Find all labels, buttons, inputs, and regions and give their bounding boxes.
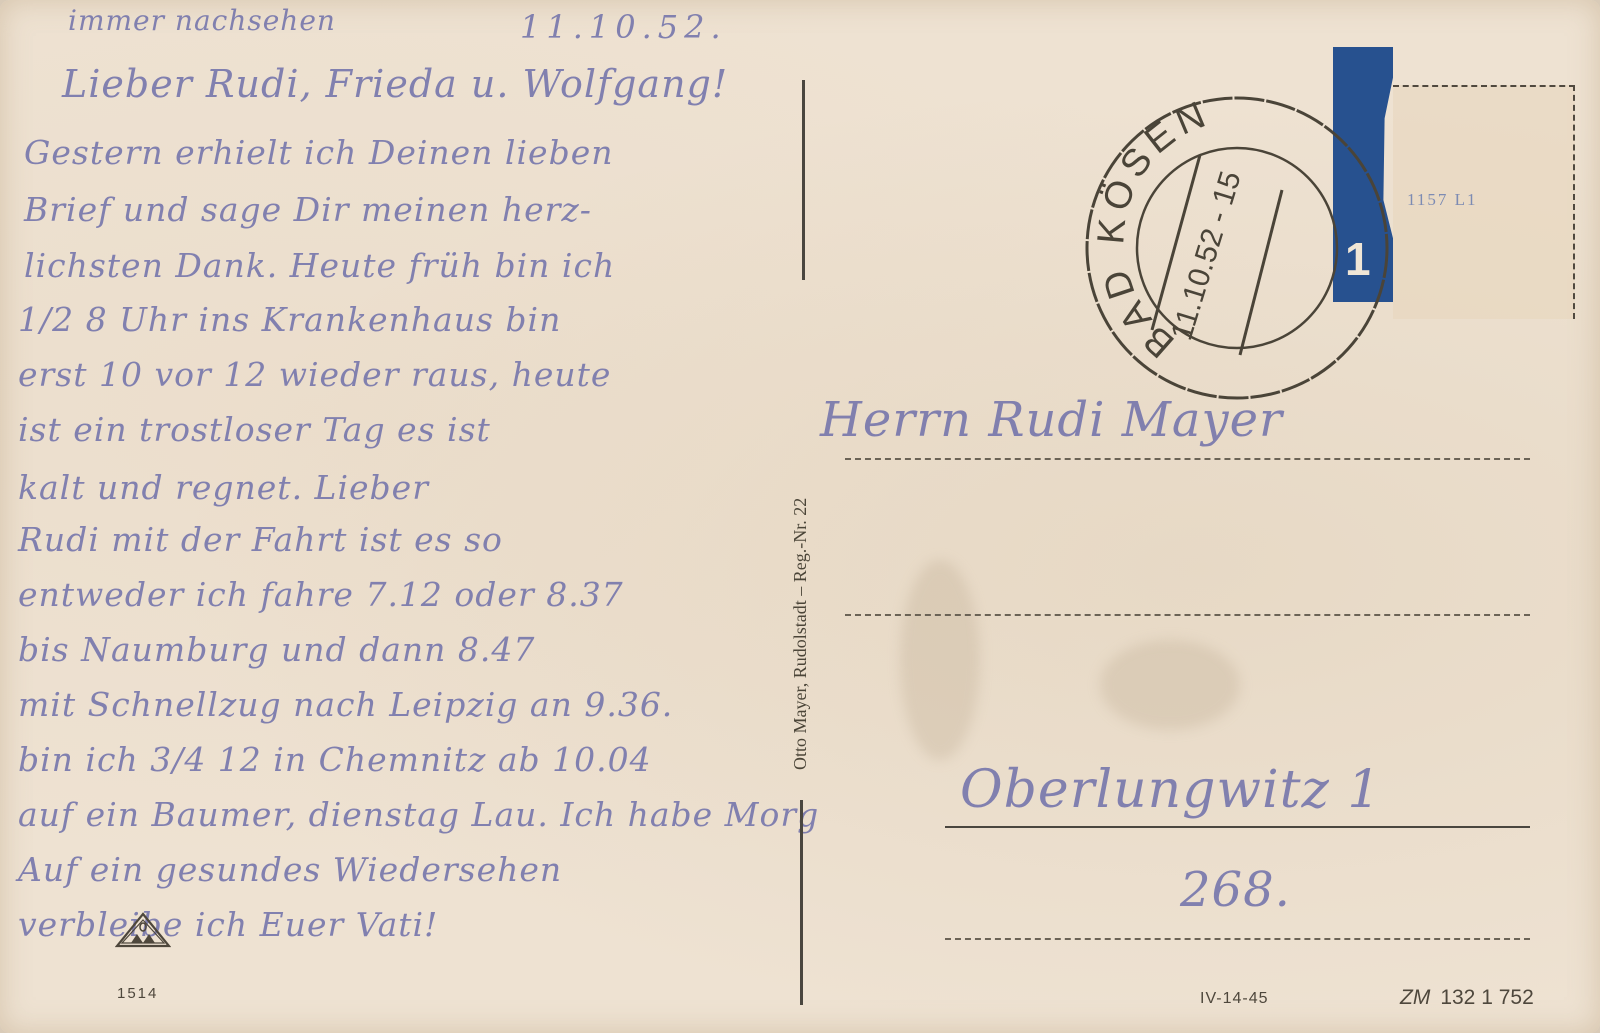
message-line: Rudi mit der Fahrt ist es so <box>18 520 503 559</box>
message-line: 1/2 8 Uhr ins Krankenhaus bin <box>18 300 561 339</box>
message-line: Brief und sage Dir meinen herz- <box>24 190 592 229</box>
publisher-logo-icon <box>115 912 171 948</box>
address-rule <box>845 614 1530 616</box>
stain <box>900 560 980 760</box>
catalog-prefix: ZM <box>1400 986 1430 1009</box>
postcard: immer nachsehen 11.10.52. Lieber Rudi, F… <box>0 0 1600 1033</box>
message-line: lichsten Dank. Heute früh bin ich <box>24 246 615 285</box>
divider-line <box>800 800 803 1005</box>
message-line: mit Schnellzug nach Leipzig an 9.36. <box>18 685 673 724</box>
address-rule <box>945 826 1530 828</box>
message-line: ist ein trostloser Tag es ist <box>18 410 491 449</box>
address-rule <box>845 458 1530 460</box>
catalog-number: 132 1 752 <box>1440 986 1533 1009</box>
address-line-3: Oberlungwitz 1 <box>960 760 1382 820</box>
message-line: immer nachsehen <box>68 4 336 37</box>
svg-text:11.10.52 - 15: 11.10.52 - 15 <box>1165 167 1248 344</box>
publisher-imprint: Otto Mayer, Rudolstadt – Reg.-Nr. 22 <box>790 498 811 770</box>
stain <box>1100 640 1240 730</box>
message-line: bin ich 3/4 12 in Chemnitz ab 10.04 <box>18 740 652 779</box>
message-line: Gestern erhielt ich Deinen lieben <box>24 133 613 172</box>
form-code: IV-14-45 <box>1200 990 1268 1008</box>
message-line: auf ein Baumer, dienstag Lau. Ich habe M… <box>18 795 819 834</box>
message-date: 11.10.52. <box>520 8 727 46</box>
print-number: 1514 <box>117 985 158 1002</box>
message-line: Lieber Rudi, Frieda u. Wolfgang! <box>62 62 728 106</box>
message-line: erst 10 vor 12 wieder raus, heute <box>18 355 611 394</box>
message-line: entweder ich fahre 7.12 oder 8.37 <box>18 575 624 614</box>
postmark-icon: BAD KÖSEN 11.10.52 - 15 <box>1082 90 1402 410</box>
stamp-code: 1157 L1 <box>1407 190 1478 210</box>
divider-line <box>802 80 805 280</box>
message-line: kalt und regnet. Lieber <box>18 468 429 507</box>
address-line-1: Herrn Rudi Mayer <box>820 392 1283 448</box>
address-line-4: 268. <box>1180 862 1291 918</box>
address-rule <box>945 938 1530 940</box>
message-line: verbleibe ich Euer Vati! <box>18 905 438 944</box>
message-line: bis Naumburg und dann 8.47 <box>18 630 535 669</box>
catalog-code: ZM132 1 752 <box>1400 986 1534 1010</box>
message-line: Auf ein gesundes Wiedersehen <box>18 850 562 889</box>
